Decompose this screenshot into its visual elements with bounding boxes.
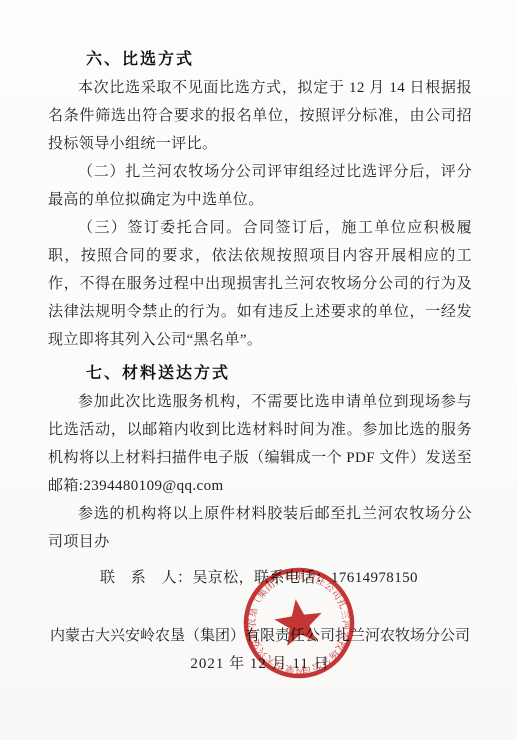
section-six-paragraph-2: （二）扎兰河农牧场分公司评审组经过比选评分后，评分最高的单位拟确定为中选单位。 <box>48 158 472 214</box>
scanned-document-page: 六、比选方式 本次比选采取不见面比选方式，拟定于 12 月 14 日根据报名条件… <box>0 0 517 740</box>
section-seven-paragraph-1: 参加此次比选服务机构，不需要比选申请单位到现场参与比选活动，以邮箱内收到比选材料… <box>48 388 472 500</box>
section-six-paragraph-1: 本次比选采取不见面比选方式，拟定于 12 月 14 日根据报名条件筛选出符合要求… <box>48 74 472 158</box>
section-seven-heading: 七、材料送达方式 <box>48 360 472 388</box>
official-seal-stamp: 内蒙古大兴安岭农垦（集团）有限责任公司扎兰河农牧场分公司 <box>232 556 365 689</box>
section-seven-paragraph-2: 参选的机构将以上原件材料胶装后邮至扎兰河农牧场分公司项目办 <box>48 500 472 556</box>
section-six-paragraph-3: （三）签订委托合同。合同签订后，施工单位应积极履职，按照合同的要求，依法依规按照… <box>48 214 472 354</box>
section-six-heading: 六、比选方式 <box>48 46 472 74</box>
seal-graphic: 内蒙古大兴安岭农垦（集团）有限责任公司扎兰河农牧场分公司 <box>232 556 365 689</box>
star-icon <box>272 596 325 647</box>
